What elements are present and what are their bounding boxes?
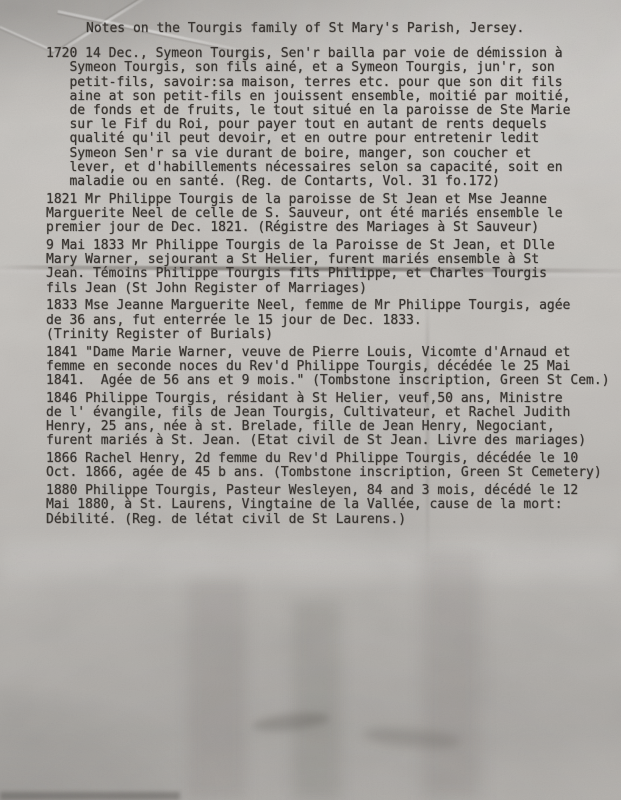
entry-1846: 1846 Philippe Tourgis, résidant à St Hel… xyxy=(46,392,621,449)
entry-1833-marriage: 9 Mai 1833 Mr Philippe Tourgis de la Par… xyxy=(46,239,621,296)
entry-1821: 1821 Mr Philippe Tourgis de la paroisse … xyxy=(46,193,621,236)
entry-1880: 1880 Philippe Tourgis, Pasteur Wesleyen,… xyxy=(46,484,621,527)
entry-1720: 1720 14 Dec., Symeon Tourgis, Sen'r bail… xyxy=(46,47,621,189)
entry-1833-burial: 1833 Mse Jeanne Marguerite Neel, femme d… xyxy=(46,299,621,342)
typed-text-block: Notes on the Tourgis family of St Mary's… xyxy=(0,0,621,800)
entry-1841: 1841 "Dame Marie Warner, veuve de Pierre… xyxy=(46,346,621,389)
document-page: Notes on the Tourgis family of St Mary's… xyxy=(0,0,621,800)
document-title: Notes on the Tourgis family of St Mary's… xyxy=(86,22,621,36)
entry-1866: 1866 Rachel Henry, 2d femme du Rev'd Phi… xyxy=(46,452,621,480)
